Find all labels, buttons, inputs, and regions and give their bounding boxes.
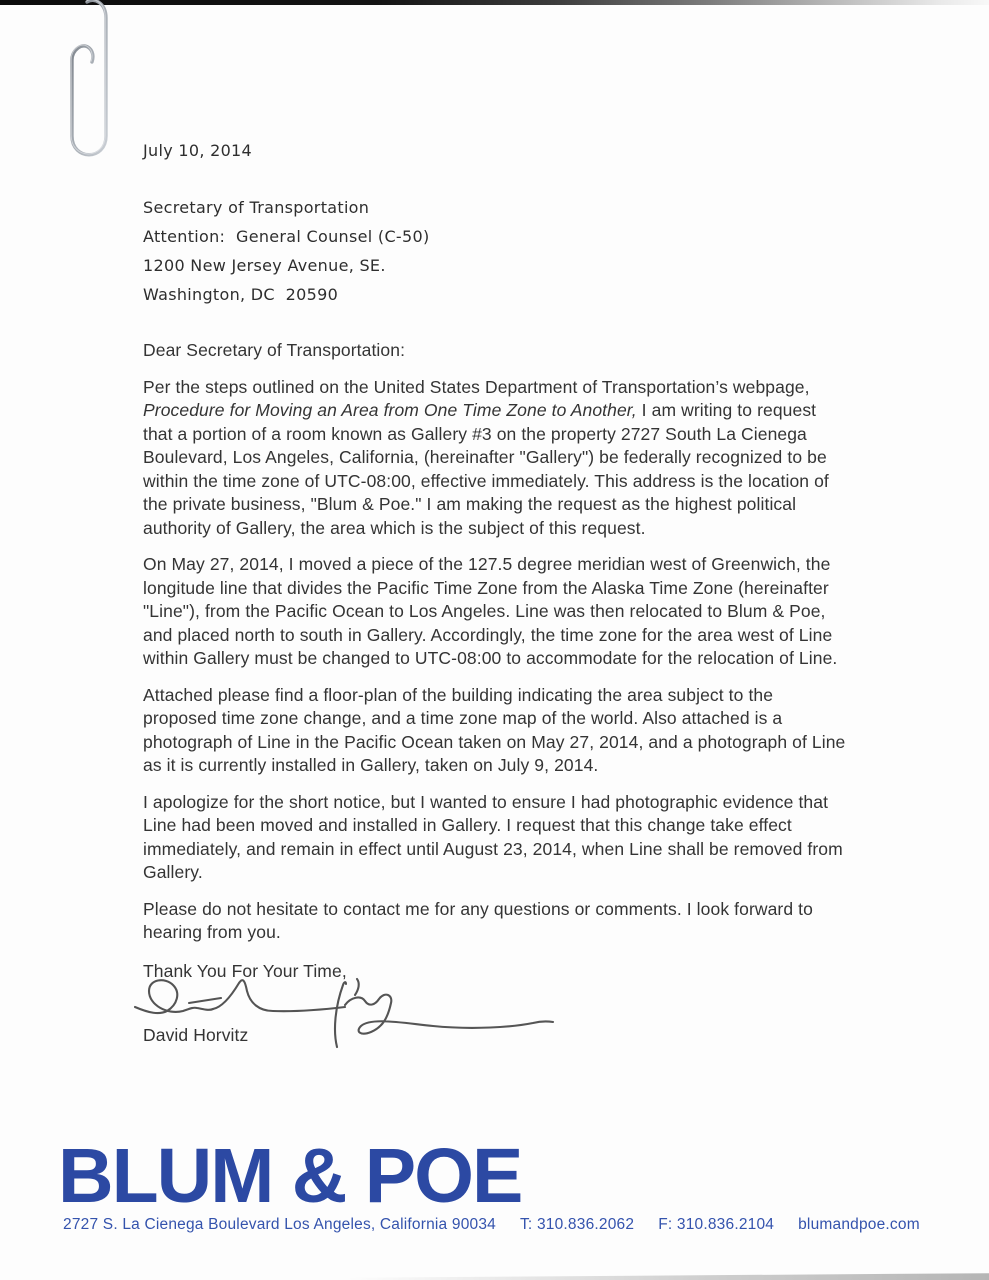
- paragraph-2: On May 27, 2014, I moved a piece of the …: [143, 553, 849, 671]
- phone-number: 310.836.2062: [537, 1216, 634, 1233]
- salutation: Dear Secretary of Transportation:: [143, 339, 849, 363]
- paragraph-5: Please do not hesitate to contact me for…: [143, 898, 849, 945]
- letter-date: July 10, 2014: [143, 141, 849, 160]
- paragraph-3: Attached please find a floor-plan of the…: [143, 684, 849, 778]
- recipient-line: 1200 New Jersey Avenue, SE.: [143, 251, 849, 280]
- paragraph-1: Per the steps outlined on the United Sta…: [143, 376, 849, 541]
- paragraph-1-text: Per the steps outlined on the United Sta…: [143, 377, 810, 397]
- recipient-address-block: Secretary of Transportation Attention: G…: [143, 193, 849, 309]
- signer-name: David Horvitz: [143, 1024, 248, 1048]
- recipient-line: Secretary of Transportation: [143, 193, 849, 222]
- letterhead-website: blumandpoe.com: [798, 1216, 920, 1234]
- letterhead-address: 2727 S. La Cienega Boulevard Los Angeles…: [63, 1216, 496, 1234]
- paragraph-1-text: I am writing to request that a portion o…: [143, 400, 829, 538]
- fax-label: F:: [658, 1216, 672, 1233]
- recipient-line: Attention: General Counsel (C-50): [143, 222, 849, 251]
- phone-label: T:: [520, 1216, 532, 1233]
- signature-block: David Horvitz: [143, 983, 849, 1061]
- blum-and-poe-logo: BLUM & POE: [58, 1136, 521, 1216]
- letterhead-phone: T: 310.836.2062: [520, 1216, 634, 1234]
- scanned-letter-page: July 10, 2014 Secretary of Transportatio…: [0, 0, 989, 1280]
- letter-content: July 10, 2014 Secretary of Transportatio…: [143, 0, 849, 1061]
- paperclip-icon: [58, 0, 114, 166]
- paragraph-4: I apologize for the short notice, but I …: [143, 791, 849, 885]
- paragraph-1-italic-title: Procedure for Moving an Area from One Ti…: [143, 400, 637, 420]
- letterhead-footer: 2727 S. La Cienega Boulevard Los Angeles…: [63, 1216, 963, 1234]
- scan-shadow-bottom: [348, 1272, 989, 1280]
- recipient-line: Washington, DC 20590: [143, 280, 849, 309]
- letterhead-fax: F: 310.836.2104: [658, 1216, 774, 1234]
- fax-number: 310.836.2104: [677, 1216, 774, 1233]
